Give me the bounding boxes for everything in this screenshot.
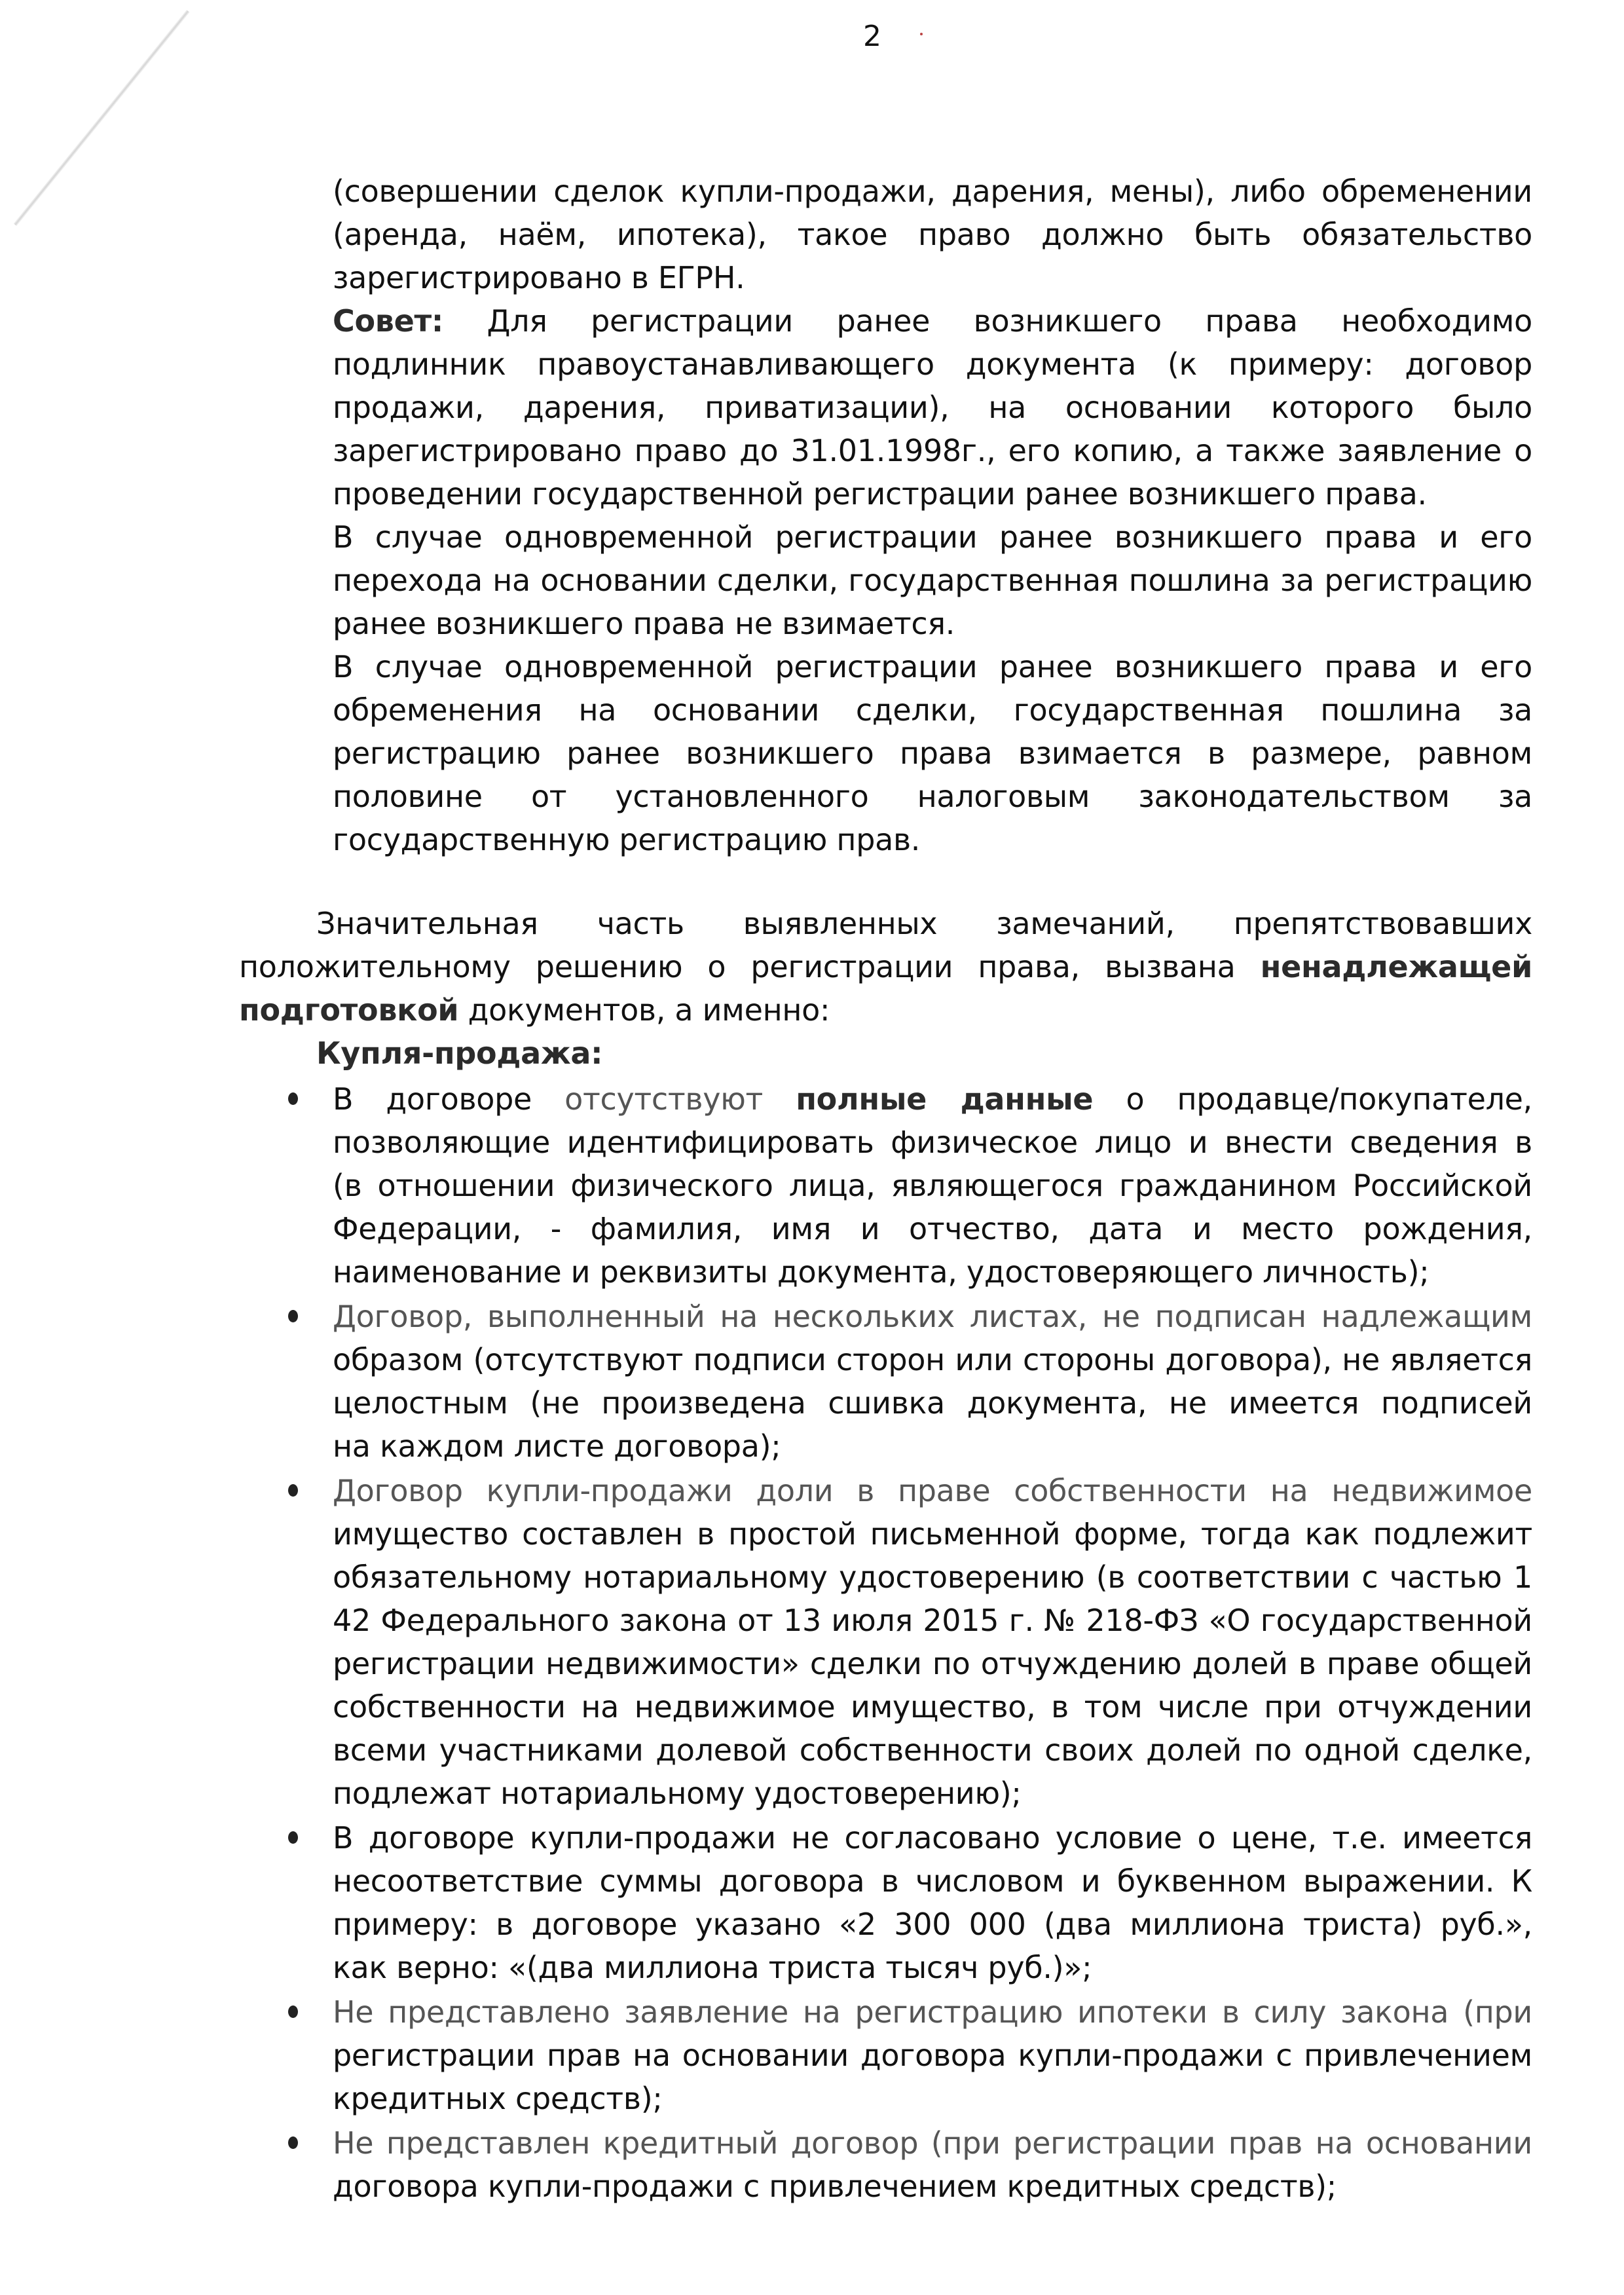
- list-item-line: Не представлен кредитный договор (при ре…: [333, 2123, 1532, 2163]
- list-item-line: Федерации, - фамилия, имя и отчество, да…: [333, 1209, 1532, 1248]
- paragraph-line: ранее возникшего права не взимается.: [333, 604, 955, 643]
- paragraph-line: перехода на основании сделки, государств…: [333, 561, 1532, 600]
- paragraph-line: государственную регистрацию прав.: [333, 820, 920, 859]
- bullet-icon: [288, 2136, 298, 2149]
- text-segment: отсутствуют: [564, 1081, 796, 1117]
- bullet-icon: [288, 1831, 298, 1844]
- paragraph-line: зарегистрировано в ЕГРН.: [333, 258, 745, 297]
- intro-line: Значительная часть выявленных замечаний,…: [316, 904, 1532, 943]
- advice-line: проведении государственной регистрации р…: [333, 474, 1427, 513]
- list-item-line: 42 Федерального закона от 13 июля 2015 г…: [333, 1601, 1532, 1640]
- paragraph-line: (совершении сделок купли-продажи, дарени…: [333, 172, 1532, 211]
- list-item-line: Договор купли-продажи доли в праве собст…: [333, 1471, 1532, 1510]
- list-item-line: обязательному нотариальному удостоверени…: [333, 1558, 1532, 1597]
- list-item-line: регистрации прав на основании договора к…: [333, 2036, 1532, 2075]
- advice-line: зарегистрировано право до 31.01.1998г., …: [333, 431, 1532, 470]
- paragraph-line: обременения на основании сделки, государ…: [333, 690, 1532, 730]
- list-item-line: имущество составлен в простой письменной…: [333, 1514, 1532, 1554]
- list-item-line: кредитных средств);: [333, 2079, 663, 2118]
- intro-line: подготовкой документов, а именно:: [239, 990, 830, 1030]
- bullet-icon: [288, 2006, 298, 2018]
- list-item-line: несоответствие суммы договора в числовом…: [333, 1861, 1532, 1901]
- list-item-line: позволяющие идентифицировать физическое …: [333, 1123, 1532, 1162]
- bullet-icon: [288, 1484, 298, 1497]
- list-item-line: собственности на недвижимое имущество, в…: [333, 1687, 1532, 1726]
- list-item-line: как верно: «(два миллиона триста тысяч р…: [333, 1948, 1092, 1987]
- emphasis: подготовкой: [239, 992, 458, 1028]
- intro-line: положительному решению о регистрации пра…: [239, 947, 1532, 986]
- paragraph-line: В случае одновременной регистрации ранее…: [333, 517, 1532, 557]
- list-item-line: подлежат нотариальному удостоверению);: [333, 1774, 1022, 1813]
- emphasis: ненадлежащей: [1261, 949, 1532, 984]
- page-number: 2: [863, 20, 881, 53]
- bullet-icon: [288, 1092, 298, 1105]
- list-item-line: Не представлено заявление на регистрацию…: [333, 1992, 1532, 2032]
- text-segment: о продавце/покупателе,: [1093, 1081, 1532, 1117]
- list-item-line: на каждом листе договора);: [333, 1427, 781, 1466]
- list-item-line: образом (отсутствуют подписи сторон или …: [333, 1340, 1532, 1379]
- advice-line: продажи, дарения, приватизации), на осно…: [333, 388, 1532, 427]
- list-item-line: всеми участниками долевой собственности …: [333, 1730, 1532, 1770]
- paragraph-line: половине от установленного налоговым зак…: [333, 777, 1532, 816]
- list-item-line: (в отношении физического лица, являющего…: [333, 1166, 1532, 1205]
- paragraph-line: (аренда, наём, ипотека), такое право дол…: [333, 215, 1532, 254]
- list-item-line: В договоре купли-продажи не согласовано …: [333, 1818, 1532, 1857]
- list-item-line: договора купли-продажи с привлечением кр…: [333, 2167, 1337, 2206]
- emphasis: полные данные: [796, 1081, 1093, 1117]
- list-item-line: наименование и реквизиты документа, удос…: [333, 1252, 1429, 1292]
- list-item-line: примеру: в договоре указано «2 300 000 (…: [333, 1905, 1532, 1944]
- section-heading: Купля-продажа:: [316, 1034, 602, 1073]
- paragraph-line: В случае одновременной регистрации ранее…: [333, 647, 1532, 686]
- advice-line: Совет: Для регистрации ранее возникшего …: [333, 301, 1532, 341]
- advice-line: подлинник правоустанавливающего документ…: [333, 345, 1532, 384]
- list-item-line: регистрации недвижимости» сделки по отчу…: [333, 1644, 1532, 1683]
- bullet-icon: [288, 1310, 298, 1322]
- text-segment: В договоре: [333, 1081, 564, 1117]
- list-item-line: В договоре отсутствуют полные данные о п…: [333, 1079, 1532, 1119]
- scan-speck: [920, 33, 923, 35]
- list-item-line: Договор, выполненный на нескольких листа…: [333, 1297, 1532, 1336]
- scan-fold-mark: [14, 10, 190, 226]
- list-item-line: целостным (не произведена сшивка докумен…: [333, 1383, 1532, 1423]
- paragraph-line: регистрацию ранее возникшего права взима…: [333, 734, 1532, 773]
- advice-label: Совет:: [333, 303, 443, 339]
